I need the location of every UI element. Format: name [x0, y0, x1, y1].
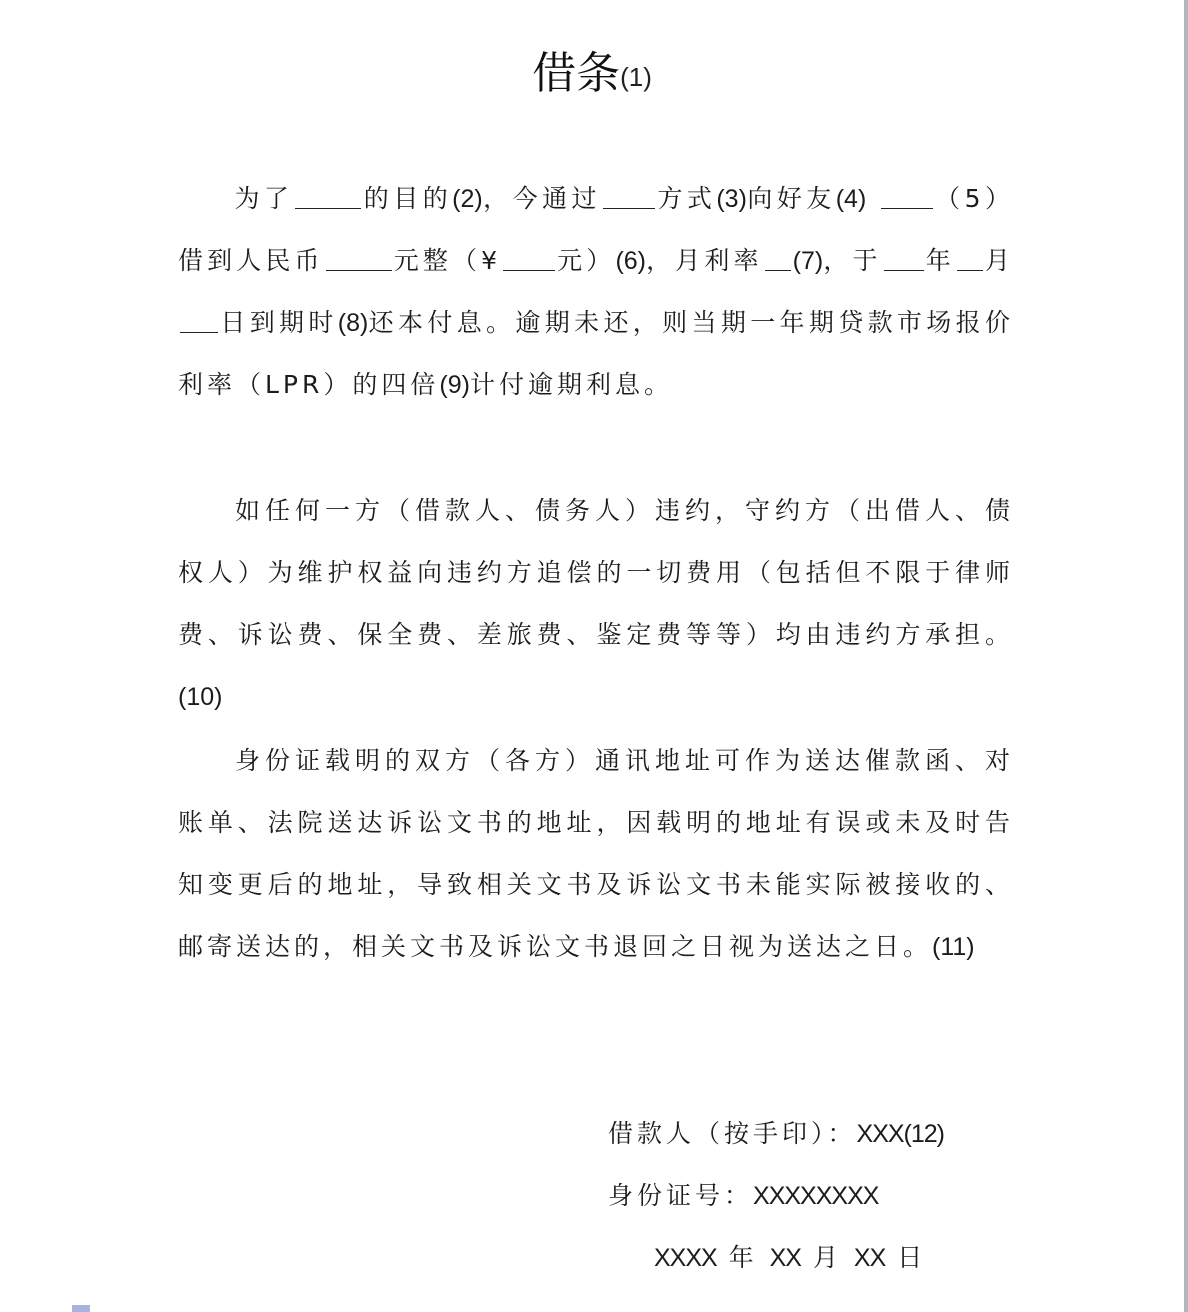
- date-year-unit: 年: [729, 1243, 758, 1272]
- page-corner-marker: [72, 1305, 90, 1312]
- footnote-marker-7: (7): [793, 247, 824, 275]
- footnote-marker-2: (2): [452, 185, 483, 213]
- date-month[interactable]: XX: [770, 1244, 801, 1272]
- paragraph-breach-costs: 如任何一方（借款人、债务人）违约，守约方（出借人、债权人）为维护权益向违约方追偿…: [178, 480, 1014, 728]
- blank-month[interactable]: [957, 248, 983, 271]
- text-segment: 的目的: [363, 184, 452, 213]
- id-label: 身份证号：: [608, 1181, 753, 1210]
- borrower-value[interactable]: XXX: [857, 1120, 904, 1148]
- signature-date-line: XXXX 年 XX 月 XX 日: [654, 1238, 926, 1278]
- footnote-marker-10: (10): [178, 683, 222, 711]
- blank-purpose[interactable]: [295, 186, 361, 209]
- date-day-unit: 日: [897, 1243, 926, 1272]
- id-number-line: 身份证号：XXXXXXXX: [608, 1176, 878, 1216]
- date-year[interactable]: XXXX: [654, 1244, 717, 1272]
- text-segment: 月: [985, 246, 1014, 275]
- footnote-marker-12: (12): [904, 1120, 944, 1148]
- text-segment: ，于: [823, 246, 881, 275]
- blank-friend-name[interactable]: [881, 186, 933, 209]
- date-day[interactable]: XX: [854, 1244, 885, 1272]
- text-segment: 元）: [557, 246, 615, 275]
- blank-monthly-rate[interactable]: [765, 248, 791, 271]
- text-segment: 为了: [234, 184, 293, 213]
- id-value[interactable]: XXXXXXXX: [753, 1182, 878, 1210]
- footnote-marker-3: (3): [716, 185, 747, 213]
- document-page: 借条(1) 为了的目的(2)，今通过方式(3)向好友(4) （5）借到人民币元整…: [0, 0, 1184, 1312]
- paragraph-text: 如任何一方（借款人、债务人）违约，守约方（出借人、债权人）为维护权益向违约方追偿…: [178, 496, 1014, 649]
- paragraph-loan-terms: 为了的目的(2)，今通过方式(3)向好友(4) （5）借到人民币元整（¥元）(6…: [178, 168, 1014, 416]
- footnote-marker-8: (8): [338, 309, 369, 337]
- paragraph-service-address: 身份证载明的双方（各方）通讯地址可作为送达催款函、对账单、法院送达诉讼文书的地址…: [178, 730, 1014, 978]
- blank-day[interactable]: [180, 310, 218, 333]
- blank-amount-number[interactable]: [503, 248, 555, 271]
- borrower-signature-line: 借款人（按手印）：XXX(12): [608, 1114, 944, 1154]
- blank-method[interactable]: [603, 186, 655, 209]
- blank-year[interactable]: [884, 248, 924, 271]
- text-segment: 元整（¥: [394, 246, 501, 275]
- footnote-marker-6: (6): [615, 247, 646, 275]
- text-segment: ，月利率: [646, 246, 763, 275]
- text-segment: 向好友: [747, 184, 836, 213]
- title-footnote-marker: (1): [620, 62, 652, 92]
- text-segment: 计付逾期利息。: [470, 370, 673, 399]
- text-segment: ，今通过: [483, 184, 601, 213]
- paragraph-text: 身份证载明的双方（各方）通讯地址可作为送达催款函、对账单、法院送达诉讼文书的地址…: [178, 746, 1014, 961]
- text-segment: 日到期时: [220, 308, 338, 337]
- document-title: 借条(1): [0, 44, 1184, 107]
- borrower-label: 借款人（按手印）：: [608, 1119, 857, 1148]
- text-segment: 年: [926, 246, 955, 275]
- footnote-marker-4: (4): [836, 185, 867, 213]
- blank-amount-chinese[interactable]: [326, 248, 392, 271]
- date-month-unit: 月: [813, 1243, 842, 1272]
- title-text: 借条: [532, 48, 620, 99]
- footnote-marker-11: (11): [932, 933, 975, 961]
- page-edge-border: [1184, 0, 1188, 1312]
- text-segment: 方式: [657, 184, 716, 213]
- footnote-marker-9: (9): [439, 371, 470, 399]
